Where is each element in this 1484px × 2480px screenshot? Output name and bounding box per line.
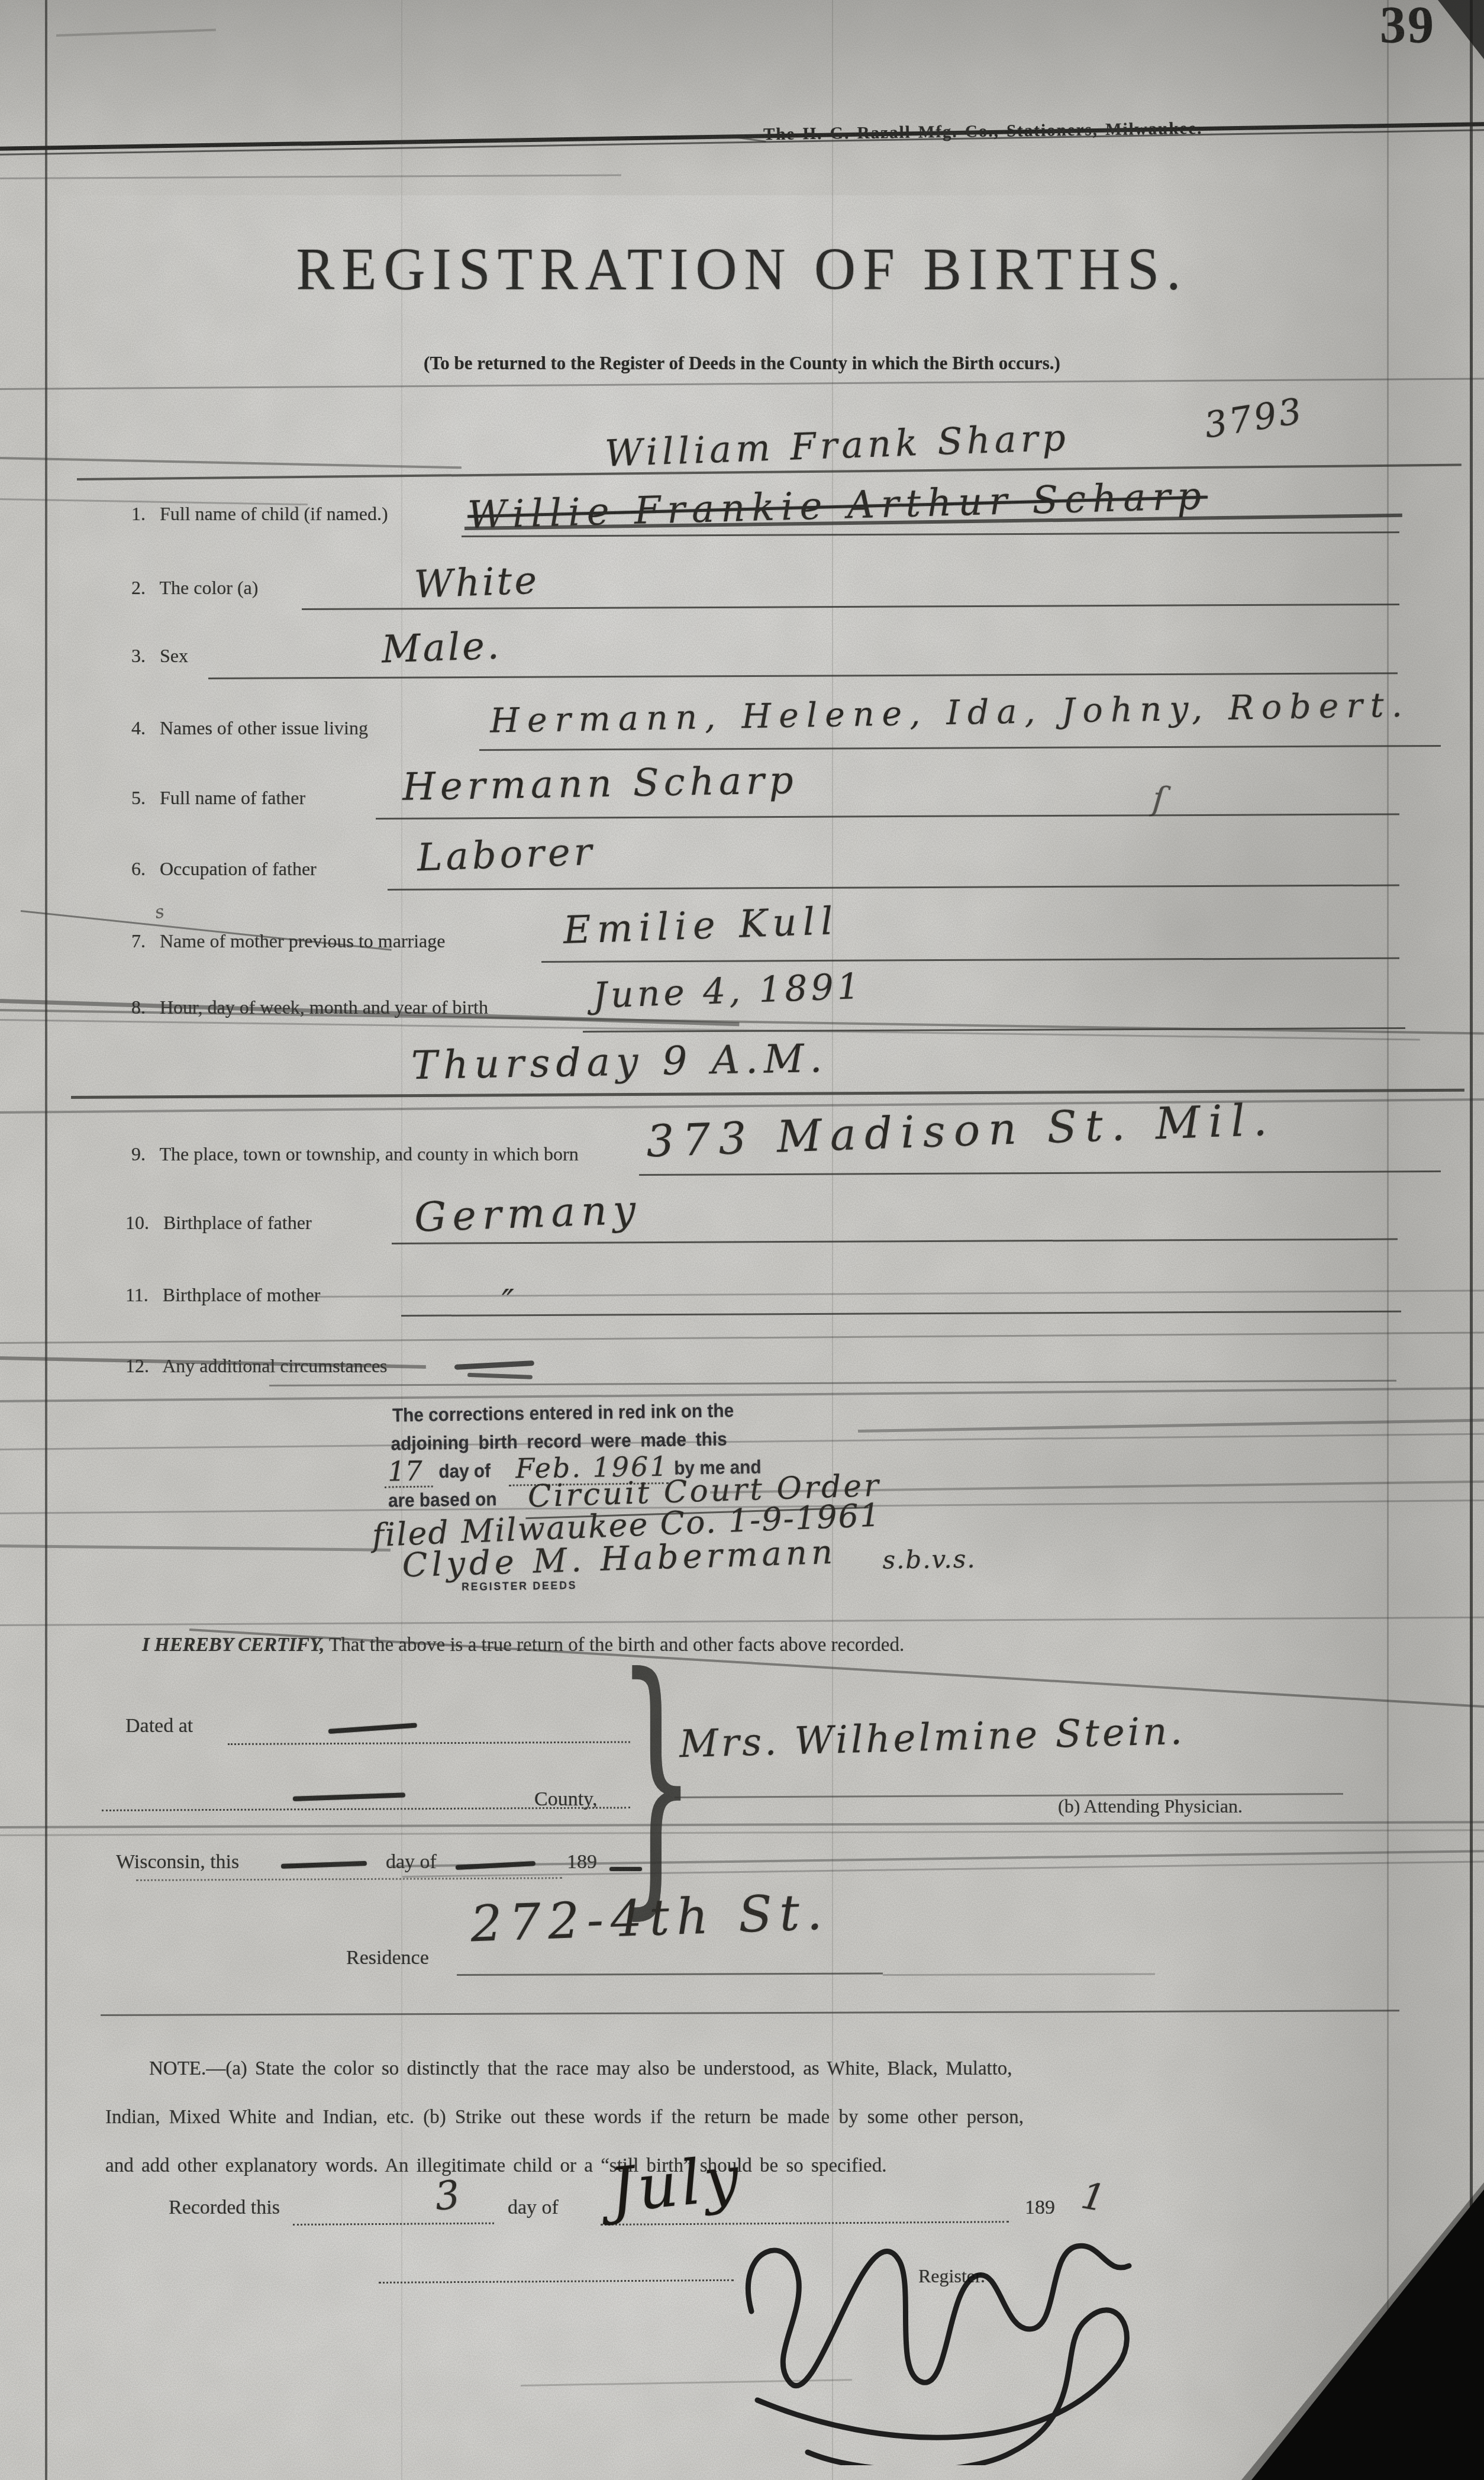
field-row-1: 1. Full name of child (if named.) <box>131 503 388 525</box>
dated-at-label: Dated at <box>125 1715 193 1737</box>
recorded-blank-1 <box>293 2223 494 2226</box>
scanned-birth-registration-document: 39 The H. G. Razall Mfg. Co., Stationers… <box>0 0 1484 2480</box>
scan-streak-l <box>0 1499 1484 1514</box>
wisconsin-this-label: Wisconsin, this <box>116 1851 239 1873</box>
field-label: Hour, day of week, month and year of bir… <box>160 996 488 1018</box>
field-4-value-handwriting: Hermann, Helene, Ida, Johny, Robert. <box>490 685 1411 740</box>
field-label: Sex <box>160 645 188 666</box>
residence-underline-ext <box>883 1973 1155 1976</box>
scan-streak-e <box>308 1290 1484 1298</box>
field-6-rule <box>388 885 1399 891</box>
scan-streak-k <box>710 1481 1484 1494</box>
field-row-10: 10. Birthplace of father <box>125 1212 312 1234</box>
ink-scribble <box>454 1360 534 1370</box>
field-row-4: 4. Names of other issue living <box>131 717 368 739</box>
document-title: REGISTRATION OF BIRTHS. <box>0 236 1484 304</box>
stamp-line-1: The corrections entered in red ink on th… <box>392 1399 734 1426</box>
corrected-child-name-handwriting: William Frank Sharp <box>604 415 1070 475</box>
field-label: Full name of father <box>160 787 305 808</box>
recorded-day-handwriting: 3 <box>433 2172 462 2220</box>
field-2-value-handwriting: White <box>414 559 540 607</box>
header-line-upper <box>0 457 462 469</box>
field-label: Birthplace of mother <box>163 1284 321 1305</box>
field-5-rule <box>376 813 1399 820</box>
field-number: 10. <box>125 1212 149 1233</box>
pencil-mark-field-7: s <box>153 901 166 923</box>
field-number: 5. <box>131 787 146 808</box>
field-6-value-handwriting: Laborer <box>417 830 596 880</box>
field-row-11: 11. Birthplace of mother <box>125 1284 320 1306</box>
field-label: Names of other issue living <box>160 717 368 738</box>
top-right-corner-shadow <box>1438 0 1484 59</box>
residence-value-handwriting: 272-4th St. <box>469 1882 830 1953</box>
stamp-date-handwriting: Feb. 1961 <box>515 1450 669 1485</box>
page-number: 39 <box>1380 0 1435 55</box>
scan-streak-p <box>0 1829 1484 1836</box>
scan-streak-o <box>0 1821 1484 1828</box>
scan-streak-i <box>858 1419 1484 1433</box>
certify-line: I HEREBY CERTIFY, That the above is a tr… <box>142 1634 904 1656</box>
county-label: County, <box>534 1788 597 1811</box>
field-row-7: 7. Name of mother previous to marriage <box>131 930 446 952</box>
scan-streak-h <box>0 1387 1484 1402</box>
brace-glyph: } <box>617 1672 696 1889</box>
scan-streak-f <box>0 1331 1484 1344</box>
attending-physician-label: (b) Attending Physician. <box>1058 1795 1243 1817</box>
stamp-line-3-end: by me and <box>674 1456 762 1479</box>
field-5-value-handwriting: Hermann Scharp <box>402 759 798 810</box>
field-4-rule <box>479 745 1441 751</box>
field-row-5: 5. Full name of father <box>131 787 305 809</box>
day-of-label-1: day of <box>386 1851 437 1873</box>
field-row-6: 6. Occupation of father <box>131 858 317 880</box>
residence-label: Residence <box>346 1947 429 1969</box>
field-label: Occupation of father <box>160 858 317 879</box>
field-row-2: 2. The color (a) <box>131 577 258 599</box>
field-row-8: 8. Hour, day of week, month and year of … <box>131 996 488 1018</box>
top-shade <box>0 0 1484 178</box>
field-10-rule <box>392 1239 1398 1244</box>
pencil-mark-field-5: ſ <box>1151 779 1166 819</box>
field-8-value2-handwriting: Thursday 9 A.M. <box>411 1036 828 1088</box>
field-label: Birthplace of father <box>163 1212 312 1233</box>
field-number: 6. <box>131 858 146 879</box>
stamp-signature-handwriting: Clyde M. Habermann <box>402 1533 837 1585</box>
field-row-9: 9. The place, town or township, and coun… <box>131 1143 579 1165</box>
recorded-this-label: Recorded this <box>169 2197 280 2219</box>
document-subtitle: (To be returned to the Register of Deeds… <box>0 353 1484 374</box>
pen-flick <box>725 135 766 143</box>
field-row-12: 12. Any additional circumstances <box>125 1355 388 1377</box>
field-11-rule <box>401 1311 1401 1317</box>
day-of-label-2: day of <box>508 2197 559 2219</box>
dated-at-blank-line <box>228 1741 630 1745</box>
certify-lead: I HEREBY CERTIFY, <box>142 1634 324 1656</box>
field-label: The color (a) <box>159 577 258 598</box>
margin-scribble <box>56 29 216 37</box>
printer-mark: The H. G. Razall Mfg. Co., Stationers, M… <box>763 119 1203 144</box>
wisconsin-blank-line <box>136 1877 562 1881</box>
registrar-signature <box>680 2205 1166 2465</box>
note-line-3: and add other explanatory words. An ille… <box>105 2155 886 2177</box>
field-7-value-handwriting: Emilie Kull <box>563 899 840 953</box>
stamp-initials-handwriting: s.b.v.s. <box>882 1544 976 1575</box>
subtitle-underline-streak <box>0 378 1484 390</box>
stamp-day-of: day of <box>438 1460 491 1482</box>
stamp-date-underline <box>509 1482 669 1486</box>
scan-streak-q <box>391 1850 1484 1868</box>
note-line-1: NOTE.—(a) State the color so distinctly … <box>149 2058 1012 2080</box>
field-label: Full name of child (if named.) <box>160 503 388 524</box>
scan-streak-n <box>0 1617 1484 1626</box>
physician-signature-underline <box>675 1793 1343 1798</box>
record-number-handwriting: 3793 <box>1202 390 1307 447</box>
field-number: 11. <box>125 1284 149 1305</box>
correction-stamp-block: The corrections entered in red ink on th… <box>366 1392 1049 1605</box>
mid-blotch <box>976 740 1391 1124</box>
field-7-rule <box>541 957 1399 963</box>
certify-text: That the above is a true return of the b… <box>324 1634 904 1656</box>
handwritten-dash-3 <box>281 1861 367 1869</box>
field-row-3: 3. Sex <box>131 645 188 667</box>
field-label: Name of mother previous to marriage <box>160 930 446 952</box>
field-number: 4. <box>131 717 146 738</box>
field-number: 1. <box>131 503 146 524</box>
field-8-value-handwriting: June 4, 1891 <box>592 966 864 1017</box>
field-number: 3. <box>131 645 146 666</box>
field-1-value-handwriting: Willie Frankie Arthur Scharp <box>467 475 1208 538</box>
field-3-rule <box>208 672 1398 679</box>
field-label: Any additional circumstances <box>162 1355 387 1376</box>
note-line-2: Indian, Mixed White and Indian, etc. (b)… <box>105 2107 1024 2129</box>
field-9-rule <box>639 1170 1441 1176</box>
year-prefix-1: 189 <box>567 1851 597 1873</box>
field-number: 7. <box>131 930 146 952</box>
handwritten-dash-2 <box>293 1792 405 1801</box>
ink-scribble-2 <box>467 1373 533 1379</box>
field-label: The place, town or township, and county … <box>159 1143 578 1165</box>
section-divider-rule <box>101 2010 1399 2016</box>
field-number: 9. <box>131 1143 146 1165</box>
scan-streak-m <box>0 1544 391 1552</box>
handwritten-dash-4 <box>456 1861 535 1870</box>
stamp-register-deeds: REGISTER DEEDS <box>462 1579 577 1594</box>
field-3-value-handwriting: Male. <box>381 624 502 672</box>
residence-underline <box>457 1972 883 1976</box>
stamp-day-underline <box>385 1485 433 1488</box>
field-number: 8. <box>131 996 146 1018</box>
field-number: 12. <box>125 1355 149 1376</box>
scan-streak-j <box>0 1433 1484 1450</box>
handwritten-dash-1 <box>328 1723 417 1734</box>
field-number: 2. <box>131 577 146 598</box>
field-10-value-handwriting: Germany <box>414 1186 643 1241</box>
physician-signature-handwriting: Mrs. Wilhelmine Stein. <box>679 1710 1186 1766</box>
field-11-ditto-mark: ″ <box>502 1283 514 1321</box>
top-rule-echo <box>0 175 621 179</box>
stamp-day-handwriting: 17 <box>388 1455 422 1488</box>
